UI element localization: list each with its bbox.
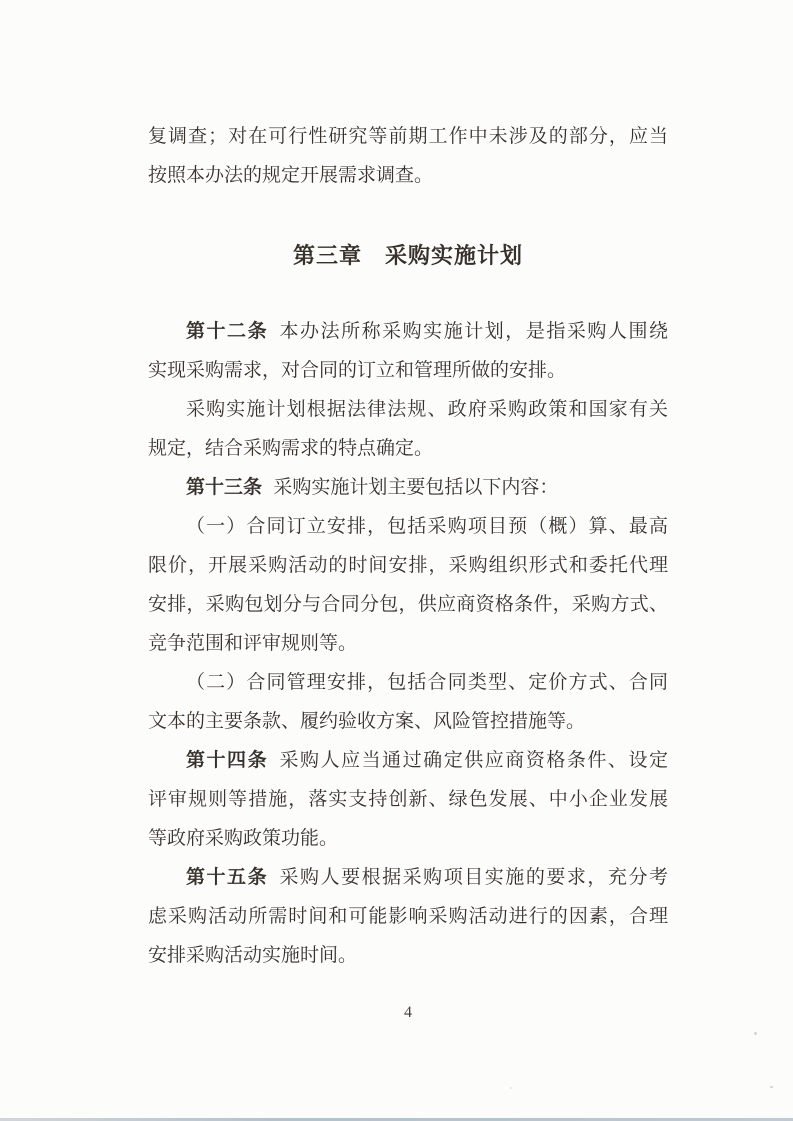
body-line: 复调查；对在可行性研究等前期工作中未涉及的部分，应当 bbox=[148, 117, 668, 156]
body-line: 第十三条采购实施计划主要包括以下内容： bbox=[148, 468, 668, 507]
document-content: 复调查；对在可行性研究等前期工作中未涉及的部分，应当 按照本办法的规定开展需求调… bbox=[148, 117, 668, 975]
body-line: （二）合同管理安排，包括合同类型、定价方式、合同 bbox=[148, 663, 668, 702]
body-line: 按照本办法的规定开展需求调查。 bbox=[148, 156, 668, 195]
body-line-text: 本办法所称采购实施计划，是指采购人围绕 bbox=[280, 321, 668, 342]
article-number: 第十五条 bbox=[186, 867, 268, 888]
body-line-text: 采购人应当通过确定供应商资格条件、设定 bbox=[280, 750, 668, 771]
body-line: 等政府采购政策功能。 bbox=[148, 819, 668, 858]
document-page: 复调查；对在可行性研究等前期工作中未涉及的部分，应当 按照本办法的规定开展需求调… bbox=[0, 0, 793, 1121]
body-line: 规定，结合采购需求的特点确定。 bbox=[148, 429, 668, 468]
body-line: 限价，开展采购活动的时间安排，采购组织形式和委托代理 bbox=[148, 546, 668, 585]
body-line: （一）合同订立安排，包括采购项目预（概）算、最高 bbox=[148, 507, 668, 546]
body-line: 采购实施计划根据法律法规、政府采购政策和国家有关 bbox=[148, 390, 668, 429]
article-number: 第十二条 bbox=[186, 321, 268, 342]
scan-artifact-dot bbox=[510, 1087, 512, 1089]
body-line: 安排采购活动实施时间。 bbox=[148, 936, 668, 975]
body-line: 第十二条本办法所称采购实施计划，是指采购人围绕 bbox=[148, 312, 668, 351]
body-line: 虑采购活动所需时间和可能影响采购活动进行的因素，合理 bbox=[148, 897, 668, 936]
article-number: 第十四条 bbox=[186, 750, 268, 771]
body-line-text: 采购人要根据采购项目实施的要求，充分考 bbox=[280, 867, 668, 888]
body-line: 实现采购需求，对合同的订立和管理所做的安排。 bbox=[148, 351, 668, 390]
scan-artifact-dot bbox=[770, 1086, 773, 1088]
body-line: 第十四条采购人应当通过确定供应商资格条件、设定 bbox=[148, 741, 668, 780]
body-line: 第十五条采购人要根据采购项目实施的要求，充分考 bbox=[148, 858, 668, 897]
body-line: 评审规则等措施，落实支持创新、绿色发展、中小企业发展 bbox=[148, 780, 668, 819]
body-line: 竞争范围和评审规则等。 bbox=[148, 624, 668, 663]
chapter-heading: 第三章 采购实施计划 bbox=[148, 236, 668, 275]
body-line: 文本的主要条款、履约验收方案、风险管控措施等。 bbox=[148, 702, 668, 741]
scan-artifact-dot bbox=[754, 1032, 757, 1035]
body-line: 安排，采购包划分与合同分包，供应商资格条件，采购方式、 bbox=[148, 585, 668, 624]
body-line-text: 采购实施计划主要包括以下内容： bbox=[273, 477, 558, 498]
page-number: 4 bbox=[148, 998, 668, 1028]
article-number: 第十三条 bbox=[186, 477, 262, 498]
